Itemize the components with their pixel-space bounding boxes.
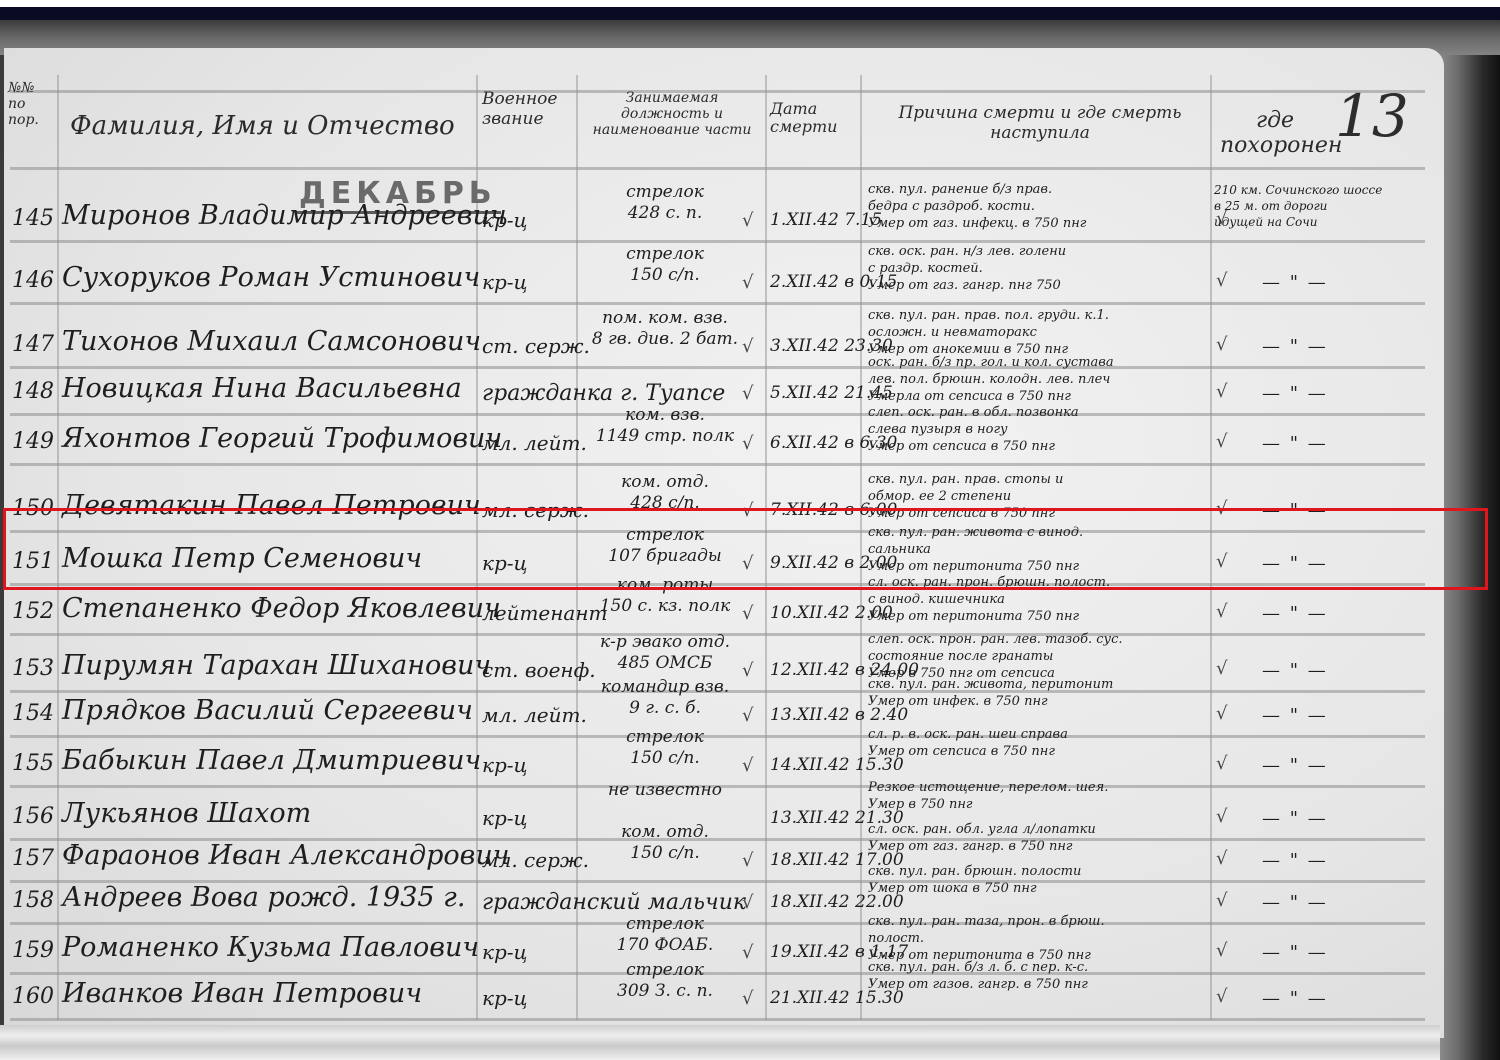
entry-burial-check: √: [1216, 270, 1227, 291]
entry-burial-check: √: [1216, 658, 1227, 679]
entry-burial-place: — " —: [1262, 705, 1328, 726]
entry-burial-place: — " —: [1262, 892, 1328, 913]
entry-burial-place: — " —: [1262, 603, 1328, 624]
column-divider: [1210, 75, 1212, 1020]
header-cause-place: Причина смерти и где смерть наступила: [880, 104, 1200, 143]
entry-burial-place: — " —: [1262, 553, 1328, 574]
entry-position-unit: стрелок 107 бригады: [585, 525, 745, 568]
entry-rank: гражданка г. Туапсе: [482, 381, 725, 406]
entry-position-unit: стрелок 428 с. п.: [585, 182, 745, 225]
entry-verified-check: √: [742, 603, 753, 624]
entry-rank: кр-ц: [482, 940, 527, 964]
entry-number: 148: [12, 379, 54, 404]
entry-cause-of-death: скв. пул. ран. прав. стопы и обмор. ее 2…: [868, 472, 1063, 523]
entry-verified-check: √: [742, 705, 753, 726]
entry-cause-of-death: сл. р. в. оск. ран. шеи справа Умер от с…: [868, 727, 1068, 761]
entry-burial-place: — " —: [1262, 755, 1328, 776]
entry-position-unit: ком. отд. 150 с/п.: [585, 822, 745, 865]
entry-number: 158: [12, 888, 54, 913]
entry-burial-check: √: [1216, 601, 1227, 622]
entry-full-name: Фараонов Иван Александрович: [62, 840, 510, 871]
entry-burial-check: √: [1216, 890, 1227, 911]
entry-full-name: Девятакин Павел Петрович: [62, 490, 481, 521]
entry-number: 147: [12, 332, 54, 357]
entry-rank: мл. лейт.: [482, 431, 587, 455]
header-rank: Военное звание: [482, 90, 572, 129]
entry-rank: кр-ц: [482, 270, 527, 294]
entry-number: 145: [12, 206, 54, 231]
entry-rank: кр-ц: [482, 551, 527, 575]
entry-cause-of-death: скв. пул. ран. живота, перитонит Умер от…: [868, 677, 1113, 711]
row-rule: [10, 240, 1425, 243]
entry-position-unit: пом. ком. взв. 8 гв. див. 2 бат.: [585, 308, 745, 351]
entry-rank: ст. серж.: [482, 334, 590, 358]
entry-cause-of-death: сл. оск. ран. обл. угла л/лопатки Умер о…: [868, 822, 1096, 856]
header-date-of-death: Дата смерти: [770, 100, 858, 137]
entry-full-name: Новицкая Нина Васильевна: [62, 373, 462, 404]
header-burial-place: где похоронен: [1220, 108, 1330, 159]
entry-number: 155: [12, 751, 54, 776]
entry-full-name: Лукьянов Шахот: [62, 798, 311, 829]
entry-number: 156: [12, 804, 54, 829]
row-rule: [10, 302, 1425, 305]
header-number: №№ по пор.: [8, 80, 56, 128]
entry-cause-of-death: скв. пул. ран. прав. пол. груди. к.1. ос…: [868, 308, 1109, 359]
entry-burial-check: √: [1216, 381, 1227, 402]
entry-number: 151: [12, 549, 54, 574]
entry-verified-check: √: [742, 755, 753, 776]
row-rule: [10, 1018, 1425, 1021]
entry-cause-of-death: слеп. оск. ран. в обл. позвонка слева пу…: [868, 405, 1079, 456]
entry-burial-place: — " —: [1262, 336, 1328, 357]
entry-burial-place: — " —: [1262, 808, 1328, 829]
entry-burial-check: √: [1216, 986, 1227, 1007]
entry-verified-check: √: [742, 433, 753, 454]
entry-burial-check: √: [1216, 334, 1227, 355]
entry-rank: мл. лейт.: [482, 703, 587, 727]
entry-cause-of-death: скв. оск. ран. н/з лев. голени с раздр. …: [868, 244, 1066, 295]
entry-number: 149: [12, 429, 54, 454]
entry-cause-of-death: скв. пул. ран. б/з л. б. с пер. к-с. Уме…: [868, 960, 1088, 994]
entry-verified-check: √: [742, 336, 753, 357]
entry-rank: кр-ц: [482, 986, 527, 1010]
entry-cause-of-death: Резкое истощение, перелом. шея. Умер в 7…: [868, 780, 1108, 814]
entry-burial-place: — " —: [1262, 500, 1328, 521]
entry-burial-place: — " —: [1262, 383, 1328, 404]
entry-number: 146: [12, 268, 54, 293]
entry-verified-check: √: [742, 892, 753, 913]
entry-rank: ст. военф.: [482, 658, 596, 682]
entry-position-unit: стрелок 309 З. с. п.: [585, 960, 745, 1003]
entry-verified-check: √: [742, 500, 753, 521]
entry-verified-check: √: [742, 553, 753, 574]
entry-rank: мл. серж.: [482, 848, 589, 872]
entry-position-unit: ком. отд. 428 с/п.: [585, 472, 745, 515]
entry-cause-of-death: оск. ран. б/з пр. гол. и кол. сустава ле…: [868, 355, 1114, 406]
entry-burial-place: — " —: [1262, 272, 1328, 293]
header-position-unit: Занимаемая должность и наименование част…: [582, 90, 762, 138]
entry-verified-check: √: [742, 383, 753, 404]
entry-burial-check: √: [1216, 498, 1227, 519]
entry-rank: мл. серж.: [482, 498, 589, 522]
entry-cause-of-death: слеп. оск. прон. ран. лев. тазоб. сус. с…: [868, 632, 1123, 683]
entry-full-name: Пирумян Тарахан Шиханович: [62, 650, 491, 681]
entry-rank: кр-ц: [482, 806, 527, 830]
entry-burial-check: √: [1216, 848, 1227, 869]
entry-position-unit: ком. роты 150 с. кз. полк: [585, 575, 745, 618]
entry-verified-check: √: [742, 272, 753, 293]
entry-date-of-death: 1.XII.42 7.15: [770, 210, 882, 230]
entry-position-unit: стрелок 150 с/п.: [585, 727, 745, 770]
entry-verified-check: √: [742, 988, 753, 1009]
entry-number: 159: [12, 938, 54, 963]
entry-burial-check: √: [1216, 431, 1227, 452]
column-divider: [576, 75, 578, 1020]
entry-full-name: Иванков Иван Петрович: [62, 978, 422, 1009]
entry-cause-of-death: скв. пул. ран. брюшн. полости Умер от шо…: [868, 864, 1081, 898]
entry-full-name: Мошка Петр Семенович: [62, 543, 422, 574]
row-rule: [10, 366, 1425, 369]
entry-burial-check: √: [1216, 551, 1227, 572]
entry-position-unit: командир взв. 9 г. с. б.: [585, 677, 745, 720]
entry-full-name: Романенко Кузьма Павлович: [62, 932, 479, 963]
entry-full-name: Прядков Василий Сергеевич: [62, 695, 473, 726]
entry-cause-of-death: сл. оск. ран. прон. брюшн. полост. с вин…: [868, 575, 1110, 626]
entry-burial-place: — " —: [1262, 433, 1328, 454]
entry-position-unit: стрелок 150 с/п.: [585, 244, 745, 287]
entry-burial-check: √: [1216, 806, 1227, 827]
page-number: 13: [1335, 82, 1409, 150]
header-full-name: Фамилия, Имя и Отчество: [70, 112, 455, 142]
entry-rank: кр-ц: [482, 208, 527, 232]
entry-position-unit: к-р эвако отд. 485 ОМСБ: [585, 632, 745, 675]
entry-full-name: Миронов Владимир Андреевич: [62, 200, 507, 231]
entry-number: 154: [12, 701, 54, 726]
entry-full-name: Яхонтов Георгий Трофимович: [62, 423, 502, 454]
entry-burial-check: √: [1216, 753, 1227, 774]
column-divider: [57, 75, 59, 1020]
entry-burial-place: — " —: [1262, 942, 1328, 963]
entry-number: 152: [12, 599, 54, 624]
entry-rank: гражданский мальчик: [482, 890, 746, 915]
entry-burial-check: √: [1216, 940, 1227, 961]
entry-verified-check: √: [742, 210, 753, 231]
entry-burial-place: — " —: [1262, 660, 1328, 681]
entry-rank: кр-ц: [482, 753, 527, 777]
entry-full-name: Бабыкин Павел Дмитриевич: [62, 745, 481, 776]
entry-full-name: Степаненко Федор Яковлевич: [62, 593, 501, 624]
entry-number: 150: [12, 496, 54, 521]
entry-burial-place: — " —: [1262, 850, 1328, 871]
row-rule: [10, 463, 1425, 466]
entry-position-unit: стрелок 170 ФОАБ.: [585, 914, 745, 957]
entry-number: 157: [12, 846, 54, 871]
page-stack-edge: [0, 1025, 1440, 1060]
entry-full-name: Сухоруков Роман Устинович: [62, 262, 480, 293]
top-margin: [0, 0, 1500, 7]
entry-position-unit: не известно: [585, 780, 745, 801]
entry-number: 153: [12, 656, 54, 681]
entry-burial-check: √: [1216, 703, 1227, 724]
entry-number: 160: [12, 984, 54, 1009]
entry-full-name: Андреев Вова рожд. 1935 г.: [62, 882, 465, 913]
header-bottom-rule: [10, 167, 1425, 170]
entry-cause-of-death: скв. пул. ранение б/з прав. бедра с разд…: [868, 182, 1086, 233]
entry-cause-of-death: скв. пул. ран. живота с винод. сальника …: [868, 525, 1083, 576]
entry-verified-check: √: [742, 850, 753, 871]
entry-burial-place: — " —: [1262, 988, 1328, 1009]
column-divider: [765, 75, 767, 1020]
entry-burial-place: 210 км. Сочинского шоссе в 25 м. от доро…: [1214, 182, 1382, 231]
entry-full-name: Тихонов Михаил Самсонович: [62, 326, 481, 357]
entry-cause-of-death: скв. пул. ран. таза, прон. в брюш. полос…: [868, 914, 1105, 965]
entry-position-unit: ком. взв. 1149 стр. полк: [585, 405, 745, 448]
